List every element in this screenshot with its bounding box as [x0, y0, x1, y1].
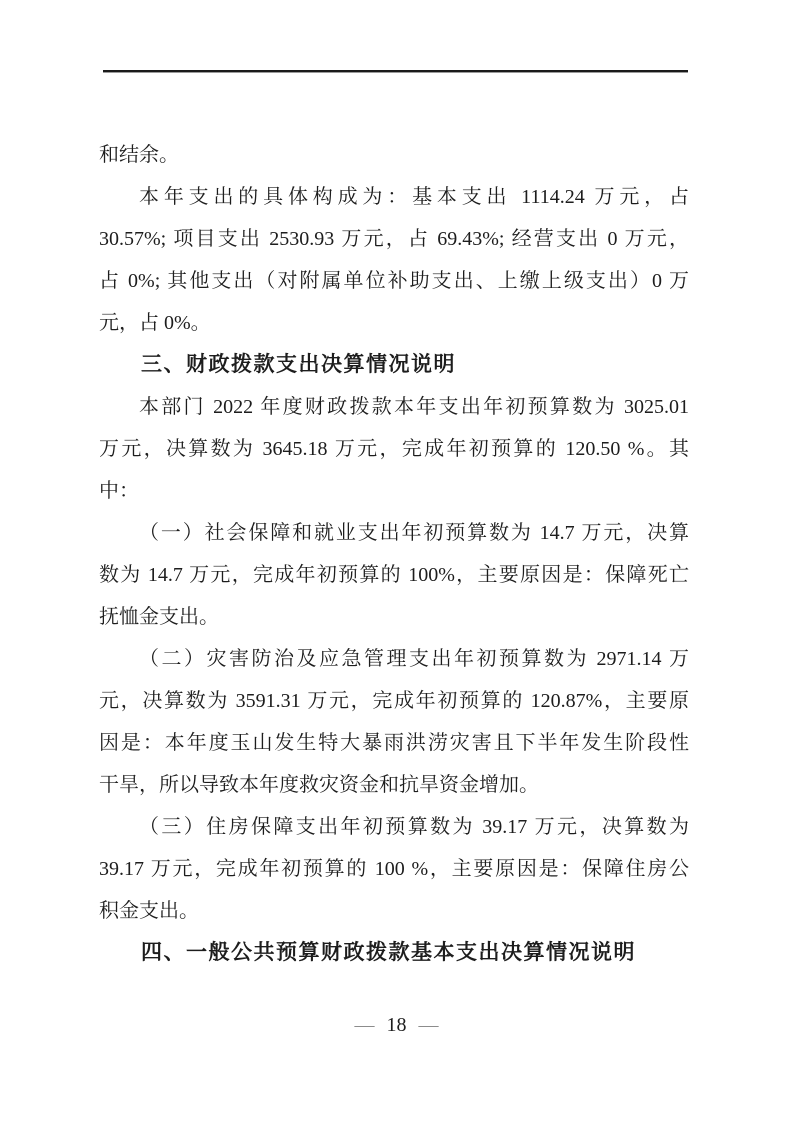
text-line: 30.57%; 项目支出 2530.93 万元，占 69.43%; 经营支出 0… — [99, 218, 689, 260]
header-rule — [103, 70, 688, 73]
document-body: 和结余。 本年支出的具体构成为：基本支出 1114.24 万元，占 30.57%… — [99, 134, 689, 974]
footer-dash-left: — — [355, 1014, 375, 1036]
page-footer: —18— — [0, 1004, 793, 1046]
text-line: 元，占 0%。 — [99, 302, 689, 344]
text-line: 积金支出。 — [99, 890, 689, 932]
text-line: 干旱，所以导致本年度救灾资金和抗旱资金增加。 — [99, 764, 689, 806]
text-line: 本年支出的具体构成为：基本支出 1114.24 万元，占 — [99, 176, 689, 218]
text-line: 占 0%; 其他支出（对附属单位补助支出、上缴上级支出）0 万 — [99, 260, 689, 302]
section-heading-3: 三、财政拨款支出决算情况说明 — [99, 344, 689, 386]
section-heading-4: 四、一般公共预算财政拨款基本支出决算情况说明 — [99, 932, 689, 974]
document-page: 和结余。 本年支出的具体构成为：基本支出 1114.24 万元，占 30.57%… — [0, 0, 793, 1122]
text-line: （二）灾害防治及应急管理支出年初预算数为 2971.14 万 — [99, 638, 689, 680]
text-line: 抚恤金支出。 — [99, 596, 689, 638]
text-line: 中： — [99, 470, 689, 512]
text-line: （一）社会保障和就业支出年初预算数为 14.7 万元，决算 — [99, 512, 689, 554]
footer-dash-right: — — [419, 1014, 439, 1036]
paragraph-continuation-line: 和结余。 — [99, 134, 689, 176]
text-line: 因是：本年度玉山发生特大暴雨洪涝灾害且下半年发生阶段性 — [99, 722, 689, 764]
page-number: 18 — [387, 1014, 407, 1036]
text-line: 元，决算数为 3591.31 万元，完成年初预算的 120.87%，主要原 — [99, 680, 689, 722]
text-line: 数为 14.7 万元，完成年初预算的 100%，主要原因是：保障死亡 — [99, 554, 689, 596]
text-line: 万元，决算数为 3645.18 万元，完成年初预算的 120.50 %。其 — [99, 428, 689, 470]
text-line: （三）住房保障支出年初预算数为 39.17 万元，决算数为 — [99, 806, 689, 848]
text-line: 本部门 2022 年度财政拨款本年支出年初预算数为 3025.01 — [99, 386, 689, 428]
text-line: 39.17 万元，完成年初预算的 100 %，主要原因是：保障住房公 — [99, 848, 689, 890]
